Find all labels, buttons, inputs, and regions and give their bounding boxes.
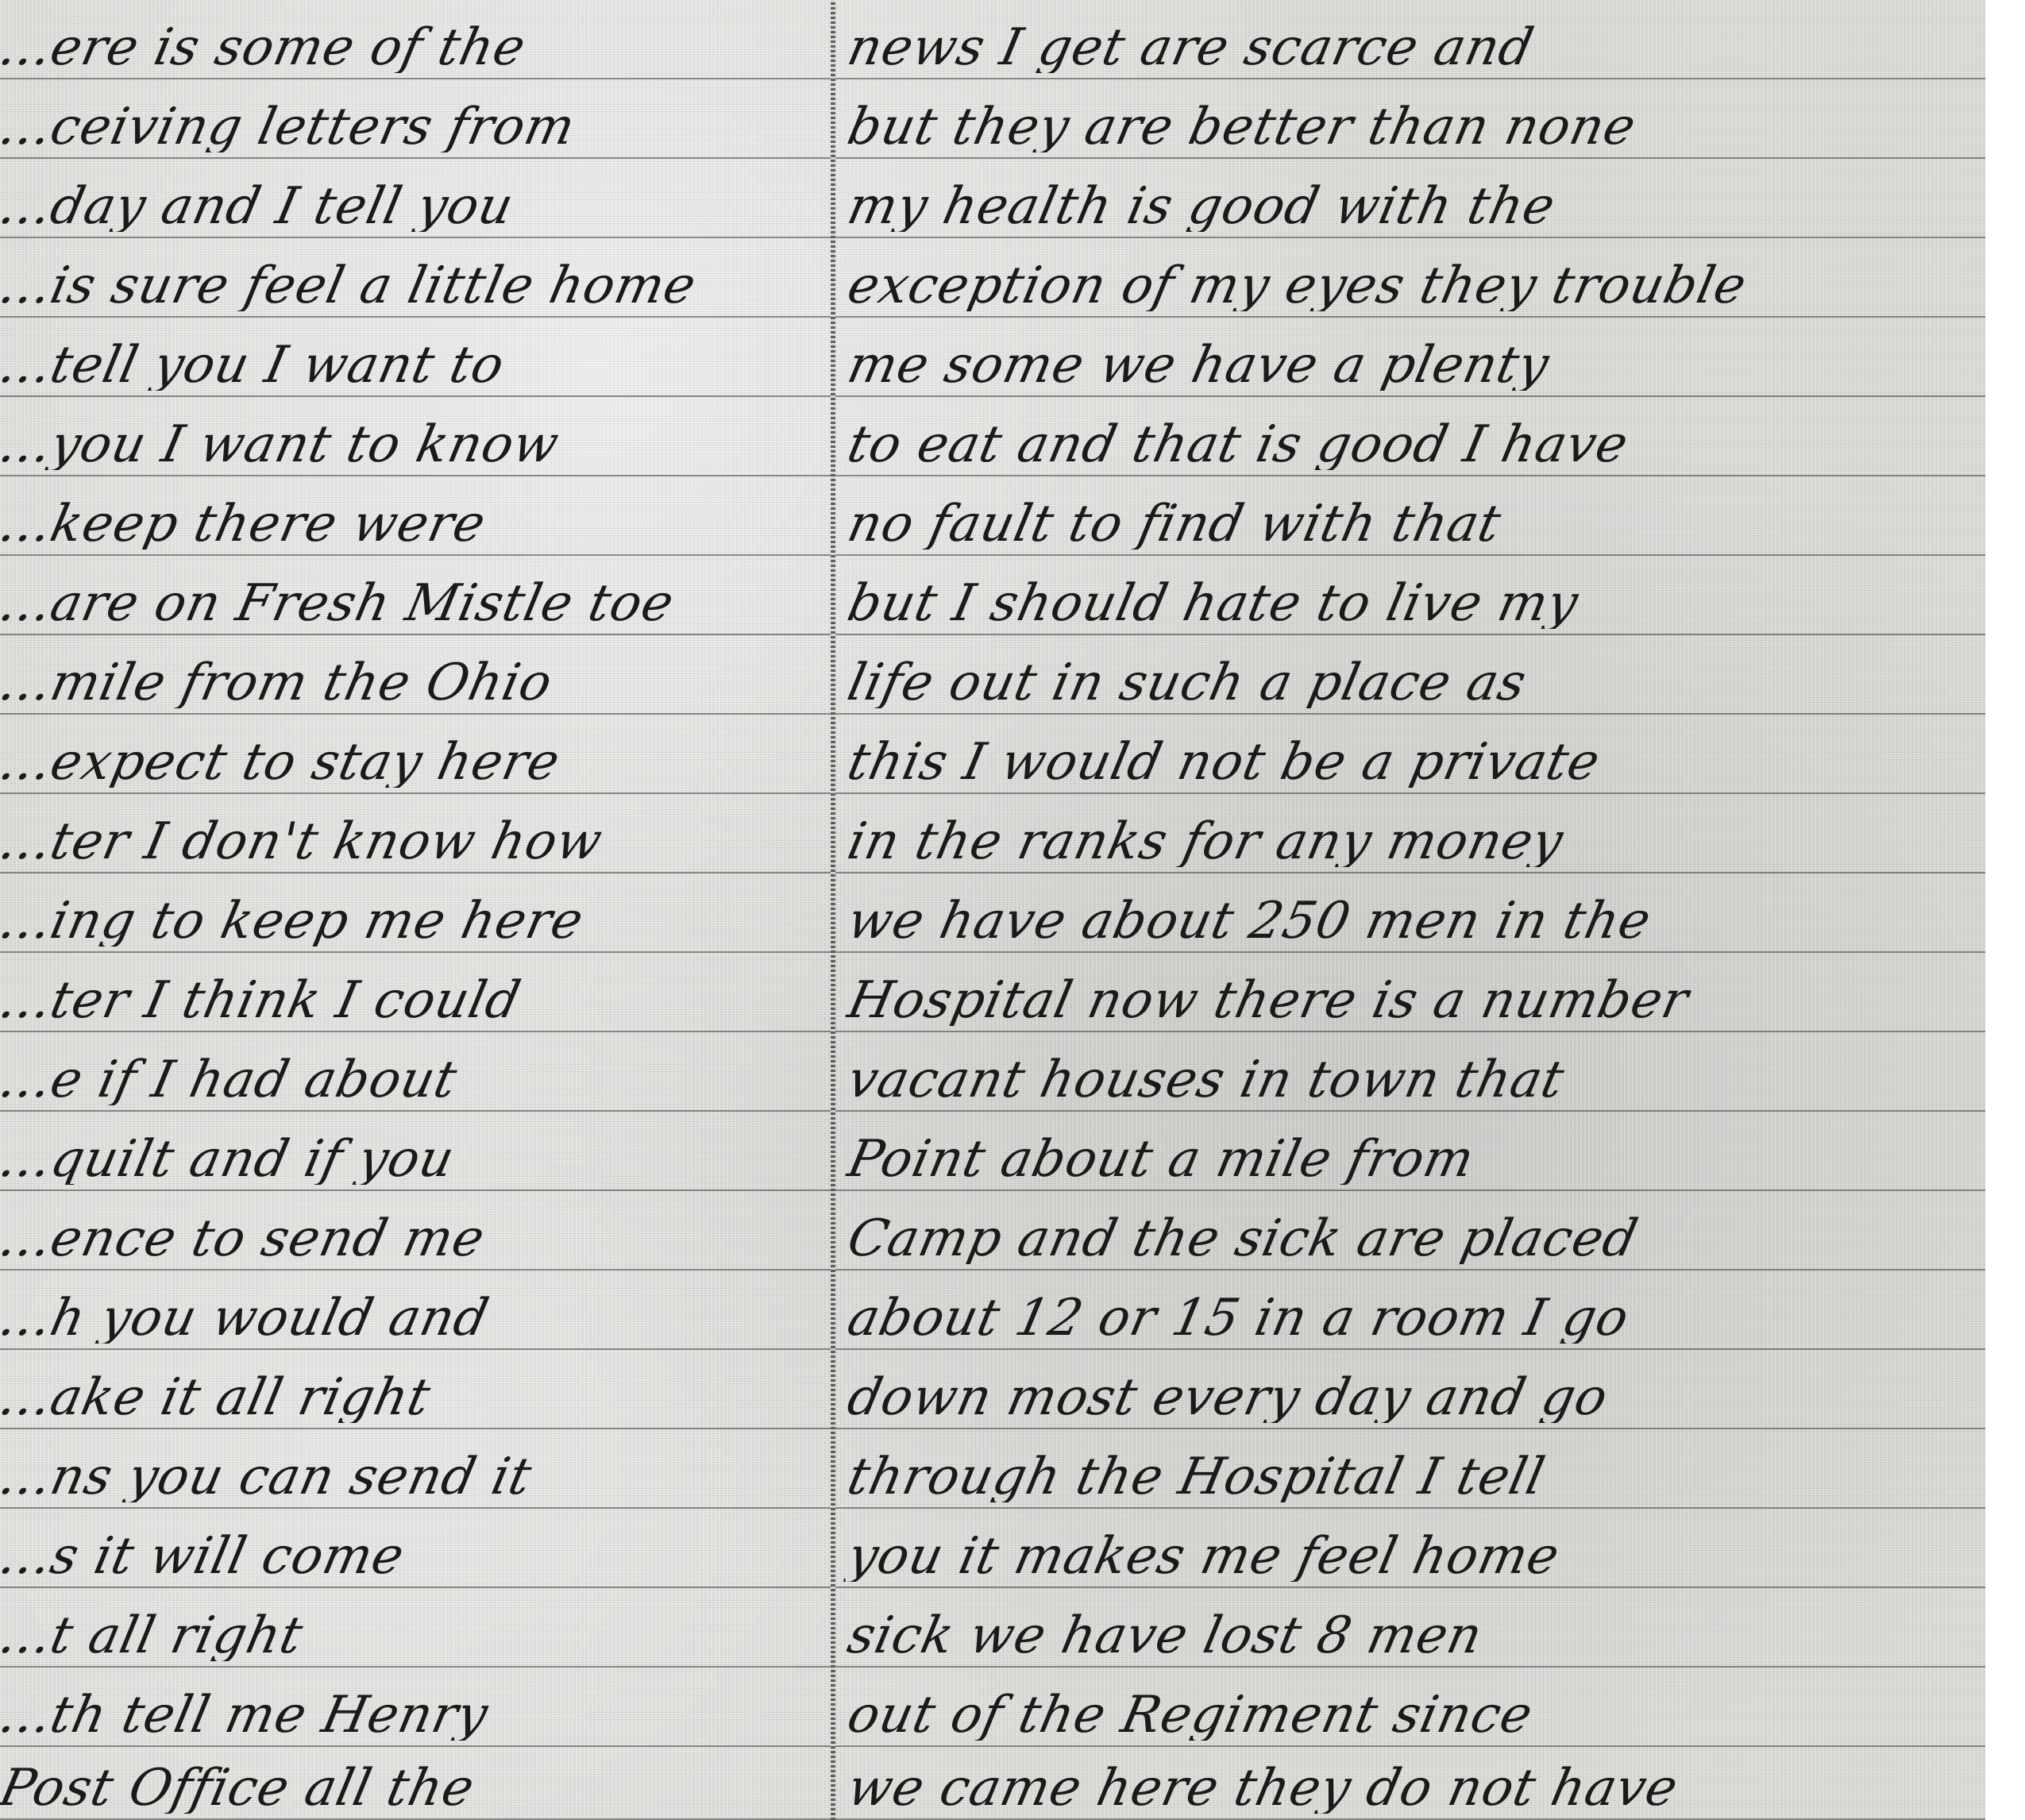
ruled-line: ...you I want to know xyxy=(0,397,831,476)
handwritten-line: ...tell you I want to xyxy=(0,340,835,391)
handwritten-line: ...ter I don't know how xyxy=(0,816,835,867)
ruled-line: ...expect to stay here xyxy=(0,715,831,794)
ruled-line: ...ter I don't know how xyxy=(0,794,831,873)
handwritten-line: no fault to find with that xyxy=(843,499,1990,549)
handwritten-line: vacant houses in town that xyxy=(843,1055,1990,1105)
handwritten-line: ...is sure feel a little home xyxy=(0,260,835,311)
ruled-line: me some we have a plenty xyxy=(835,318,1985,397)
handwritten-line: but I should hate to live my xyxy=(843,578,1990,629)
handwritten-line: ...ns you can send it xyxy=(0,1452,835,1502)
ruled-line: ...ake it all right xyxy=(0,1350,831,1429)
ruled-line: you it makes me feel home xyxy=(835,1509,1985,1588)
handwritten-line: ...are on Fresh Mistle toe xyxy=(0,578,835,629)
ruled-line: we came here they do not have xyxy=(835,1741,1985,1820)
handwritten-line: ...h you would and xyxy=(0,1293,835,1344)
ruled-line: Point about a mile from xyxy=(835,1112,1985,1191)
letter-page: ...ere is some of the ...ceiving letters… xyxy=(0,0,1985,1820)
handwritten-line: ...ter I think I could xyxy=(0,975,835,1026)
ruled-line: ...is sure feel a little home xyxy=(0,238,831,318)
handwritten-line: Post Office all the xyxy=(0,1763,835,1814)
ruled-line: exception of my eyes they trouble xyxy=(835,238,1985,318)
ruled-line: sick we have lost 8 men xyxy=(835,1588,1985,1668)
handwritten-line: ...t all right xyxy=(0,1610,835,1661)
ruled-line: down most every day and go xyxy=(835,1350,1985,1429)
ruled-line: no fault to find with that xyxy=(835,476,1985,556)
ruled-line: ...ceiving letters from xyxy=(0,79,831,159)
handwritten-line: sick we have lost 8 men xyxy=(843,1610,1990,1661)
handwritten-line: ...ere is some of the xyxy=(0,22,835,73)
ruled-line: ...e if I had about xyxy=(0,1032,831,1112)
ruled-line: ...mile from the Ohio xyxy=(0,635,831,715)
handwritten-line: Point about a mile from xyxy=(843,1134,1990,1185)
ruled-line: but I should hate to live my xyxy=(835,556,1985,635)
ruled-line: ...are on Fresh Mistle toe xyxy=(0,556,831,635)
ruled-line: about 12 or 15 in a room I go xyxy=(835,1271,1985,1350)
ruled-line: we have about 250 men in the xyxy=(835,873,1985,953)
ruled-line: ...ns you can send it xyxy=(0,1429,831,1509)
ruled-line: my health is good with the xyxy=(835,159,1985,238)
handwritten-line: ...mile from the Ohio xyxy=(0,657,835,708)
handwritten-line: Camp and the sick are placed xyxy=(843,1213,1990,1264)
ruled-line: ...h you would and xyxy=(0,1271,831,1350)
handwritten-line: ...ing to keep me here xyxy=(0,896,835,947)
handwritten-line: out of the Regiment since xyxy=(843,1690,1990,1741)
handwritten-line: ...ake it all right xyxy=(0,1372,835,1423)
handwritten-line: Hospital now there is a number xyxy=(843,975,1990,1026)
handwritten-line: ...e if I had about xyxy=(0,1055,835,1105)
ruled-line: ...ence to send me xyxy=(0,1191,831,1271)
ruled-line: through the Hospital I tell xyxy=(835,1429,1985,1509)
handwritten-line: ...s it will come xyxy=(0,1531,835,1582)
handwritten-line: ...th tell me Henry xyxy=(0,1690,835,1741)
handwritten-line: ...quilt and if you xyxy=(0,1134,835,1185)
ruled-line: Hospital now there is a number xyxy=(835,953,1985,1032)
handwritten-line: in the ranks for any money xyxy=(843,816,1990,867)
handwritten-line: this I would not be a private xyxy=(843,737,1990,788)
handwritten-line: down most every day and go xyxy=(843,1372,1990,1423)
ruled-line: life out in such a place as xyxy=(835,635,1985,715)
ruled-line: ...keep there were xyxy=(0,476,831,556)
ruled-line: vacant houses in town that xyxy=(835,1032,1985,1112)
ruled-line: in the ranks for any money xyxy=(835,794,1985,873)
handwritten-line: but they are better than none xyxy=(843,102,1990,152)
ruled-line: ...ere is some of the xyxy=(0,0,831,79)
handwritten-line: ...you I want to know xyxy=(0,419,835,470)
ruled-line: ...th tell me Henry xyxy=(0,1668,831,1747)
handwritten-line: my health is good with the xyxy=(843,181,1990,232)
handwritten-line: ...day and I tell you xyxy=(0,181,835,232)
handwritten-line: about 12 or 15 in a room I go xyxy=(843,1293,1990,1344)
handwritten-line: exception of my eyes they trouble xyxy=(843,260,1990,311)
ruled-line: ...quilt and if you xyxy=(0,1112,831,1191)
left-column: ...ere is some of the ...ceiving letters… xyxy=(0,0,831,1820)
handwritten-line: through the Hospital I tell xyxy=(843,1452,1990,1502)
ruled-line: ...ter I think I could xyxy=(0,953,831,1032)
ruled-line: ...day and I tell you xyxy=(0,159,831,238)
ruled-line: out of the Regiment since xyxy=(835,1668,1985,1747)
ruled-line: news I get are scarce and xyxy=(835,0,1985,79)
ruled-line: ...s it will come xyxy=(0,1509,831,1588)
handwritten-line: ...ence to send me xyxy=(0,1213,835,1264)
right-column: news I get are scarce and but they are b… xyxy=(835,0,1985,1820)
ruled-line: ...ing to keep me here xyxy=(0,873,831,953)
handwritten-line: to eat and that is good I have xyxy=(843,419,1990,470)
handwritten-line: you it makes me feel home xyxy=(843,1531,1990,1582)
ruled-line: but they are better than none xyxy=(835,79,1985,159)
handwritten-line: news I get are scarce and xyxy=(843,22,1990,73)
handwritten-line: we came here they do not have xyxy=(843,1763,1990,1814)
ruled-line: ...t all right xyxy=(0,1588,831,1668)
ruled-line: this I would not be a private xyxy=(835,715,1985,794)
handwritten-line: ...ceiving letters from xyxy=(0,102,835,152)
handwritten-line: ...keep there were xyxy=(0,499,835,549)
handwritten-line: life out in such a place as xyxy=(843,657,1990,708)
handwritten-line: ...expect to stay here xyxy=(0,737,835,788)
ruled-line: Camp and the sick are placed xyxy=(835,1191,1985,1271)
scan-margin xyxy=(1985,0,2025,1820)
ruled-line: ...tell you I want to xyxy=(0,318,831,397)
ruled-line: to eat and that is good I have xyxy=(835,397,1985,476)
ruled-line: Post Office all the xyxy=(0,1741,831,1820)
handwritten-line: me some we have a plenty xyxy=(843,340,1990,391)
handwritten-line: we have about 250 men in the xyxy=(843,896,1990,947)
